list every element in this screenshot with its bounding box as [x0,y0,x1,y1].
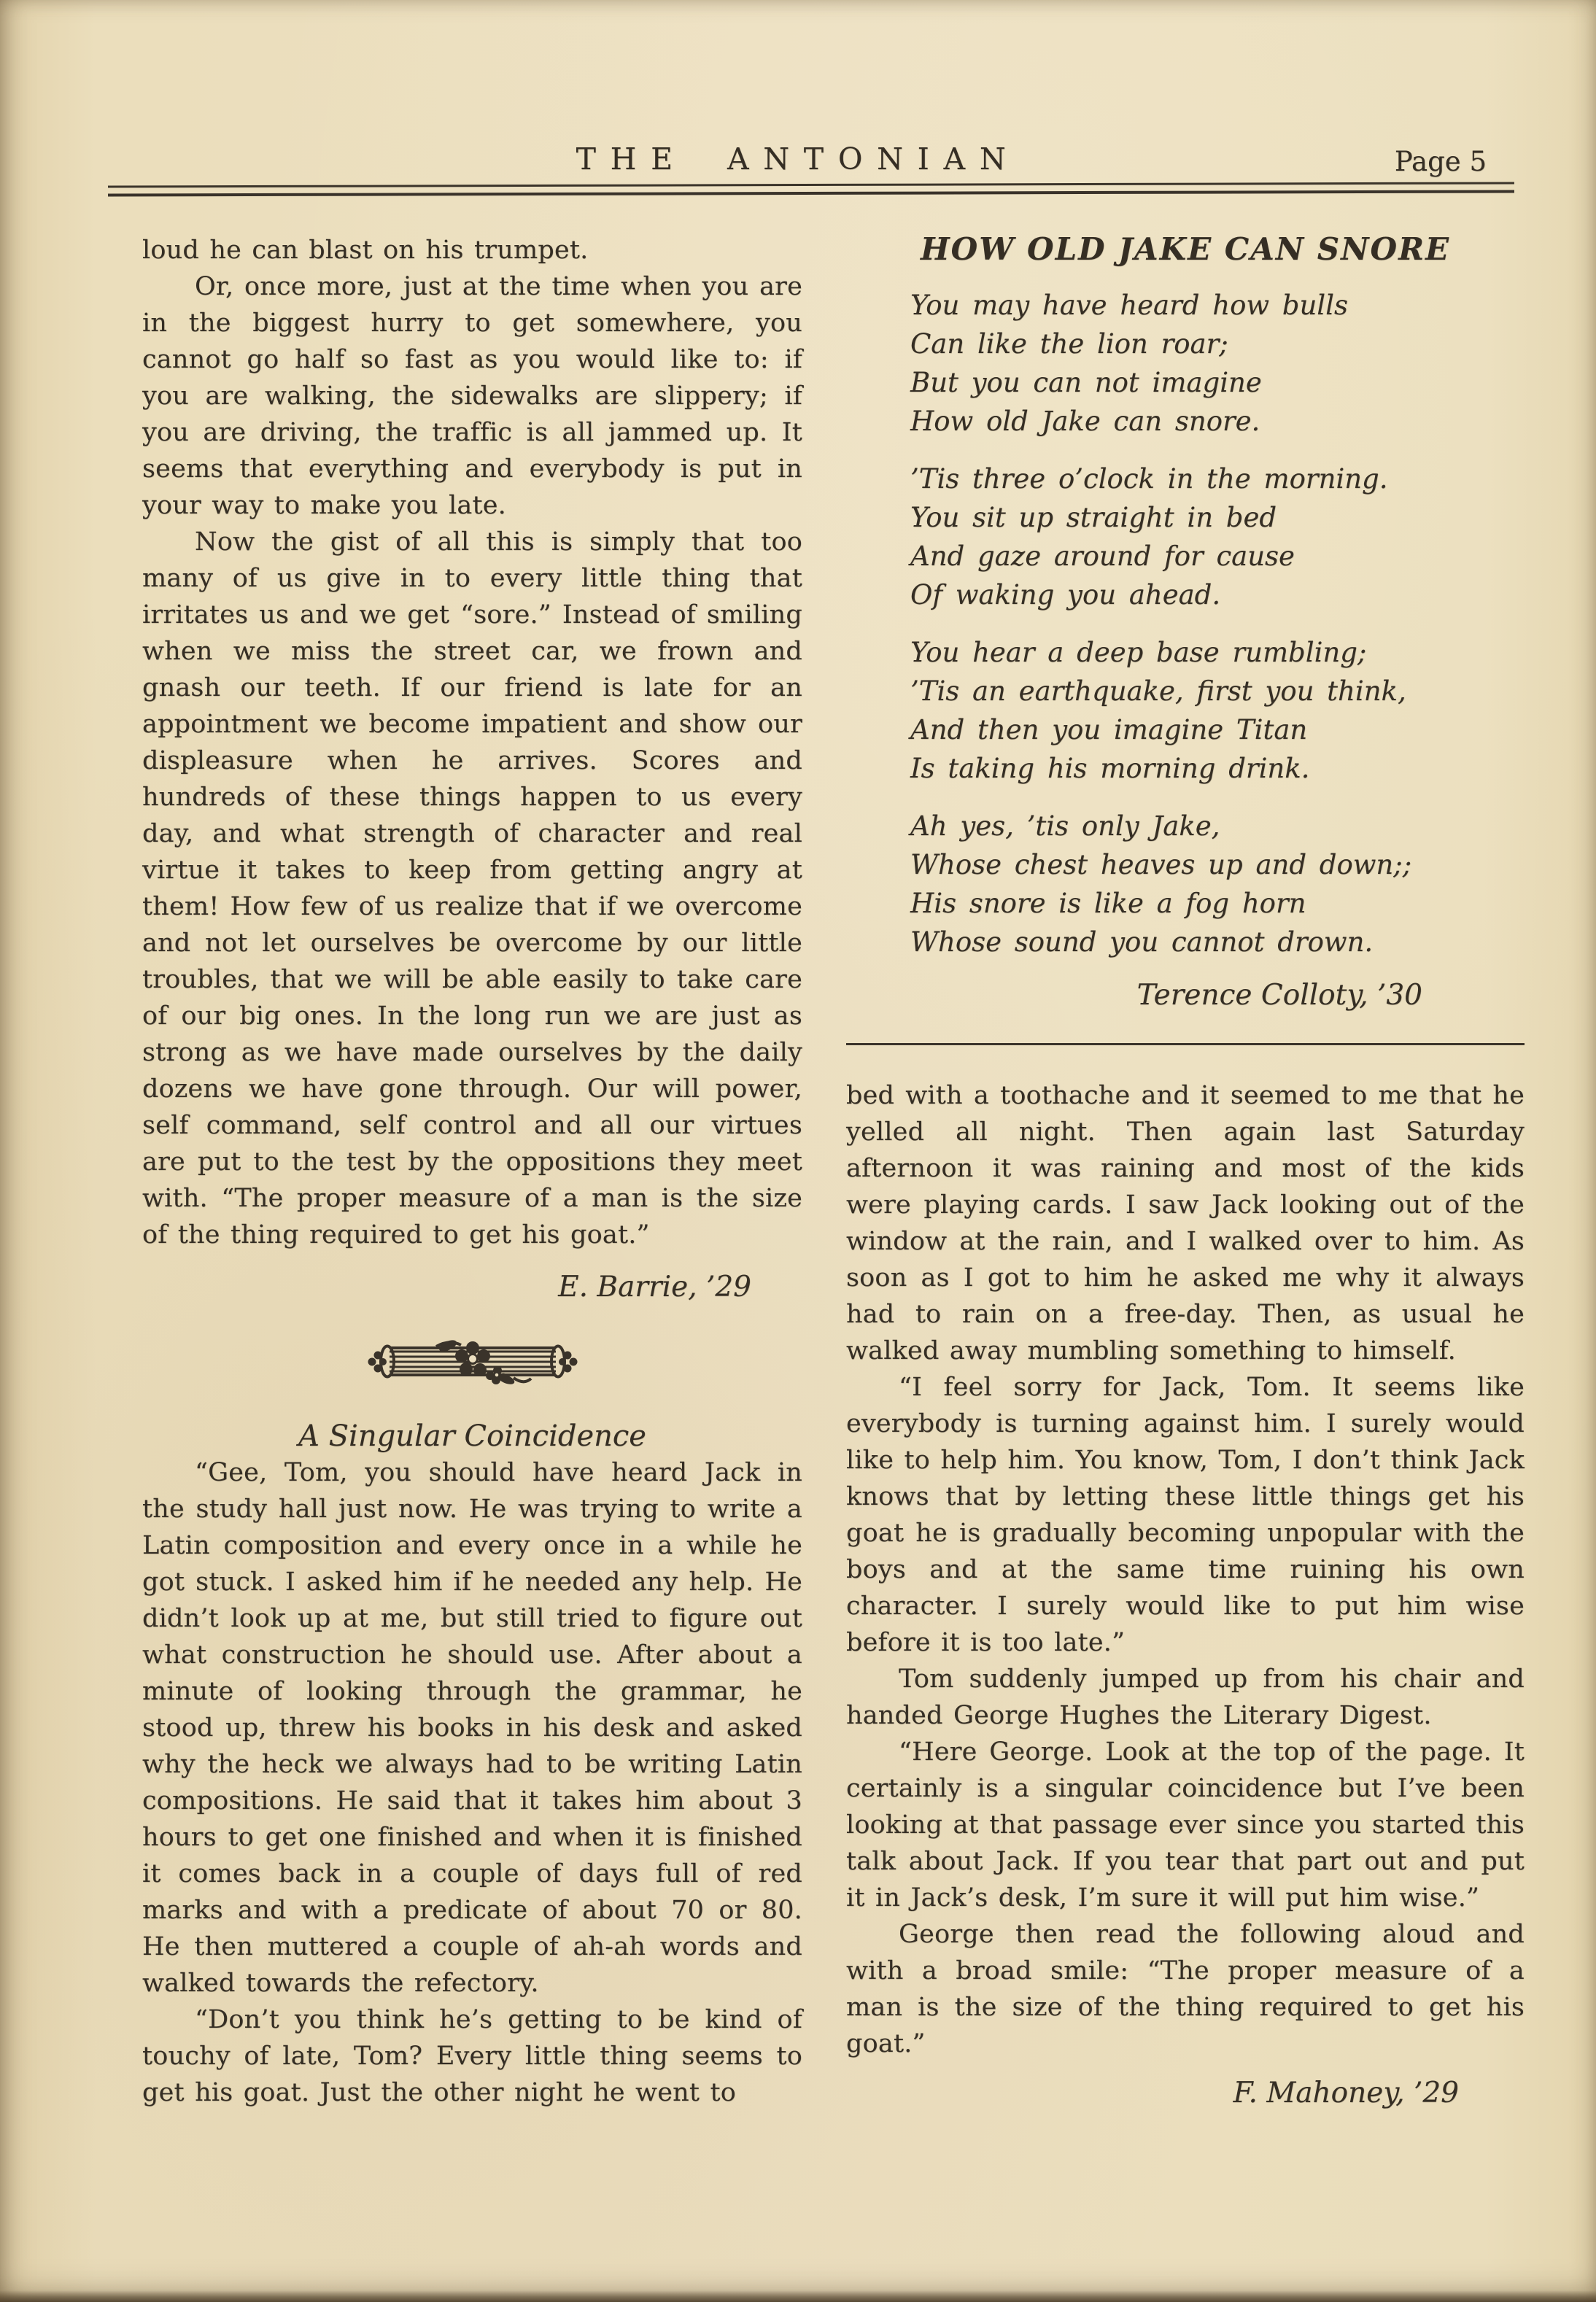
poem-stanza: ’Tis three o’clock in the morning. You s… [910,460,1525,614]
poem-line: But you can not imagine [910,363,1525,402]
poem-line: ’Tis an earthquake, first you think, [910,672,1525,710]
story-paragraph: “I feel sorry for Jack, Tom. It seems li… [846,1369,1525,1661]
poem-line: How old Jake can snore. [910,402,1525,441]
poem-title: HOW OLD JAKE CAN SNORE [846,232,1525,267]
scan-edge-shadow [0,2290,1596,2302]
poem-line: You hear a deep base rumbling; [910,633,1525,672]
poem-line: Whose chest heaves up and down;; [910,845,1525,884]
column-divider-rule [846,1043,1525,1045]
poem-stanza: Ah yes, ’tis only Jake, Whose chest heav… [910,807,1525,961]
author-signature: E. Barrie, ’29 [142,1269,751,1306]
header-rule [108,182,1514,196]
story-paragraph: “Gee, Tom, you should have heard Jack in… [142,1454,802,2001]
poem-line: You may have heard how bulls [910,286,1525,325]
poem-line: And gaze around for cause [910,537,1525,575]
masthead-title: THE ANTONIAN [0,142,1596,177]
page-number: Page 5 [1395,146,1487,177]
floral-scroll-icon [363,1336,582,1389]
author-signature: Terence Colloty, ’30 [846,977,1422,1014]
story-title: A Singular Coincidence [142,1418,802,1454]
magazine-page: THE ANTONIAN Page 5 loud he can blast on… [0,0,1596,2302]
poem-line: You sit up straight in bed [910,498,1525,537]
article-paragraph: Or, once more, just at the time when you… [142,268,802,524]
right-column: HOW OLD JAKE CAN SNORE You may have hear… [846,232,1525,2112]
story-paragraph: “Here George. Look at the top of the pag… [846,1734,1525,1916]
poem-line: Of waking you ahead. [910,575,1525,614]
left-column: loud he can blast on his trumpet. Or, on… [142,232,802,2111]
author-signature: F. Mahoney, ’29 [846,2075,1459,2112]
story-paragraph: bed with a toothache and it seemed to me… [846,1077,1525,1369]
poem-line: Can like the lion roar; [910,325,1525,363]
story-paragraph: George then read the following aloud and… [846,1916,1525,2062]
article-paragraph: loud he can blast on his trumpet. [142,232,802,268]
poem-stanza: You may have heard how bulls Can like th… [910,286,1525,441]
article-paragraph: Now the gist of all this is simply that … [142,524,802,1253]
poem-line: Whose sound you cannot drown. [910,923,1525,961]
floral-divider-ornament [363,1336,582,1389]
poem-line: ’Tis three o’clock in the morning. [910,460,1525,498]
story-paragraph: “Don’t you think he’s getting to be kind… [142,2001,802,2111]
poem-line: His snore is like a fog horn [910,884,1525,923]
poem-line: Ah yes, ’tis only Jake, [910,807,1525,845]
story-paragraph: Tom suddenly jumped up from his chair an… [846,1661,1525,1734]
poem-line: Is taking his morning drink. [910,749,1525,788]
poem-stanza: You hear a deep base rumbling; ’Tis an e… [910,633,1525,788]
poem-line: And then you imagine Titan [910,710,1525,749]
